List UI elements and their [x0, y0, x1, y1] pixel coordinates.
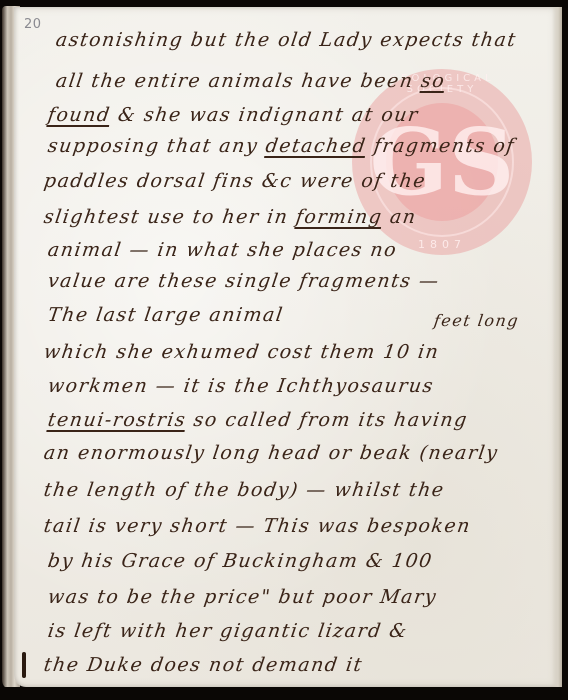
text-line: tail is very short — This was bespoken	[42, 515, 472, 537]
text-line: supposing that any detached fragments of	[46, 135, 516, 157]
text-line: was to be the price" but poor Mary	[46, 586, 438, 608]
text-line: tenui-rostris so called from its having	[46, 409, 469, 431]
underlined-word: tenui-rostris	[46, 409, 187, 431]
text-line: by his Grace of Buckingham & 100	[46, 550, 434, 572]
text-line: the Duke does not demand it	[42, 654, 364, 676]
text-line: value are these single fragments —	[46, 270, 441, 292]
text-line: slightest use to her in forming an	[42, 206, 418, 228]
underlined-word: detached	[264, 135, 368, 157]
text-line: found & she was indignant at our	[46, 104, 420, 126]
underlined-word: forming	[294, 206, 384, 228]
text-line: paddles dorsal fins &c were of the	[42, 170, 427, 192]
text-line: is left with her gigantic lizard &	[46, 620, 409, 642]
handwritten-text: astonishing but the old Lady expects tha…	[14, 7, 562, 687]
text-line: the length of the body) — whilst the	[42, 479, 446, 501]
underlined-word: so	[420, 70, 447, 92]
scan-bottom-border	[0, 687, 568, 700]
text-line: which she exhumed cost them 10 in	[42, 341, 440, 363]
text-line: The last large animal	[46, 304, 285, 326]
text-line: all the entire animals have been so	[54, 70, 446, 92]
text-line: astonishing but the old Lady expects tha…	[54, 29, 518, 51]
manuscript-page: 20 GEOLOGICAL SOCIETY GS 1807 astonishin…	[14, 7, 562, 687]
text-line: animal — in what she places no	[46, 239, 398, 261]
margin-ink-mark	[22, 652, 26, 678]
underlined-word: found	[46, 104, 112, 126]
text-line: an enormously long head or beak (nearly	[42, 442, 499, 464]
interlinear-insertion: feet long	[433, 311, 521, 330]
text-line: workmen — it is the Ichthyosaurus	[46, 375, 435, 397]
